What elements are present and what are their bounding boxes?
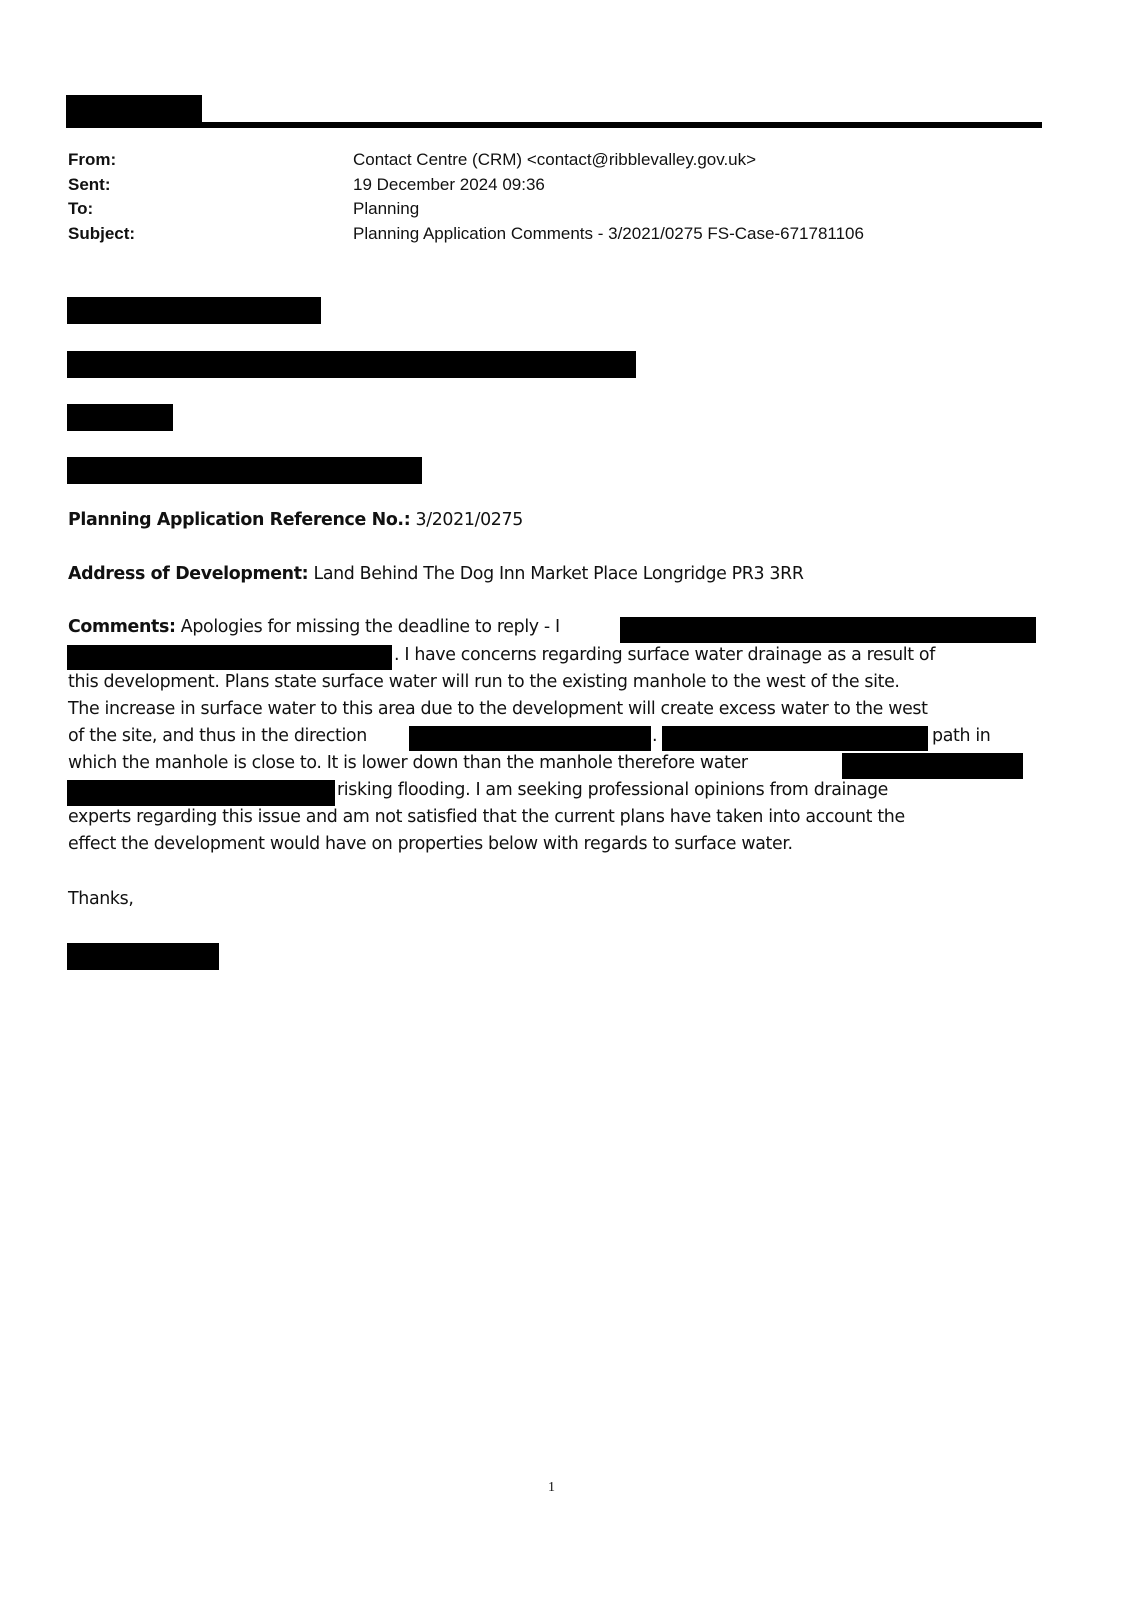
redacted-comment-1 <box>620 617 1036 643</box>
redacted-signature <box>67 943 219 970</box>
to-value: Planning <box>353 197 419 222</box>
signoff: Thanks, <box>68 889 134 909</box>
redacted-comment-3 <box>409 726 651 751</box>
comment-text: which the manhole is close to. It is low… <box>68 753 748 773</box>
redacted-line-4 <box>67 457 422 484</box>
redacted-comment-5 <box>842 753 1023 779</box>
comment-text: Apologies for missing the deadline to re… <box>181 617 560 637</box>
redacted-sender-name <box>66 95 202 125</box>
from-label: From: <box>68 148 116 173</box>
subject-label: Subject: <box>68 222 135 247</box>
comments-label: Comments: <box>68 617 176 637</box>
redacted-comment-6 <box>67 780 335 806</box>
address-line: Address of Development: Land Behind The … <box>68 564 804 584</box>
comments-line-1: Comments: Apologies for missing the dead… <box>68 617 560 637</box>
comment-text: path in <box>932 726 990 746</box>
address-label: Address of Development: <box>68 564 308 584</box>
sent-value: 19 December 2024 09:36 <box>353 173 545 198</box>
redacted-line-2 <box>67 351 636 378</box>
comment-text: risking flooding. I am seeking professio… <box>337 780 888 800</box>
address-value: Land Behind The Dog Inn Market Place Lon… <box>313 564 803 584</box>
reference-value: 3/2021/0275 <box>415 510 522 530</box>
sent-label: Sent: <box>68 173 111 198</box>
comment-text: effect the development would have on pro… <box>68 834 793 854</box>
subject-value: Planning Application Comments - 3/2021/0… <box>353 222 864 247</box>
page-number: 1 <box>548 1480 555 1496</box>
comment-text: this development. Plans state surface wa… <box>68 672 900 692</box>
redacted-line-1 <box>67 297 321 324</box>
redacted-line-3 <box>67 404 173 431</box>
to-label: To: <box>68 197 93 222</box>
header-rule <box>66 122 1042 128</box>
redacted-comment-2 <box>67 645 392 670</box>
redacted-comment-4 <box>662 726 928 751</box>
comment-text: . I have concerns regarding surface wate… <box>394 645 935 665</box>
reference-label: Planning Application Reference No.: <box>68 510 410 530</box>
reference-line: Planning Application Reference No.: 3/20… <box>68 510 523 530</box>
comment-text: . <box>652 726 657 746</box>
comment-text: experts regarding this issue and am not … <box>68 807 905 827</box>
comment-text: of the site, and thus in the direction <box>68 726 367 746</box>
from-value: Contact Centre (CRM) <contact@ribblevall… <box>353 148 756 173</box>
comment-text: The increase in surface water to this ar… <box>68 699 928 719</box>
